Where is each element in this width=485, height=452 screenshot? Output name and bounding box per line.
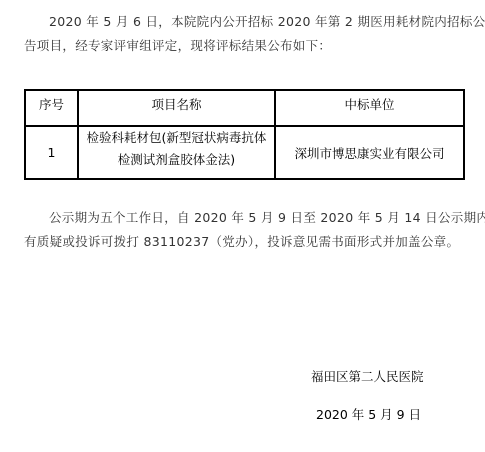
signature-date: 2020 年 5 月 9 日 [316,405,421,423]
project-name-line-1: 检验科耗材包(新型冠状病毒抗体 [79,127,274,149]
cell-index: 1 [25,126,78,179]
notice-paragraph: 公示期为五个工作日，自 2020 年 5 月 9 日至 2020 年 5 月 1… [24,206,464,254]
intro-paragraph: 2020 年 5 月 6 日，本院院内公开招标 2020 年第 2 期医用耗材院… [24,10,464,58]
result-table: 序号 项目名称 中标单位 1 检验科耗材包(新型冠状病毒抗体 检测试剂盒胶体金法… [24,89,465,180]
table-header-row: 序号 项目名称 中标单位 [25,90,464,126]
intro-line-2: 告项目，经专家评审组评定，现将评标结果公布如下： [24,34,464,58]
intro-line-1: 2020 年 5 月 6 日，本院院内公开招标 2020 年第 2 期医用耗材院… [24,10,464,34]
cell-project-name: 检验科耗材包(新型冠状病毒抗体 检测试剂盒胶体金法) [78,126,275,179]
header-winning-bidder: 中标单位 [275,90,464,126]
notice-line-1: 公示期为五个工作日，自 2020 年 5 月 9 日至 2020 年 5 月 1… [24,206,464,230]
header-index: 序号 [25,90,78,126]
project-name-line-2: 检测试剂盒胶体金法) [79,149,274,171]
signature-organization: 福田区第二人民医院 [311,367,424,385]
header-project-name: 项目名称 [78,90,275,126]
table-row: 1 检验科耗材包(新型冠状病毒抗体 检测试剂盒胶体金法) 深圳市博思康实业有限公… [25,126,464,179]
cell-winning-bidder: 深圳市博思康实业有限公司 [275,126,464,179]
notice-line-2: 有质疑或投诉可拨打 83110237（党办），投诉意见需书面形式并加盖公章。 [24,230,464,254]
